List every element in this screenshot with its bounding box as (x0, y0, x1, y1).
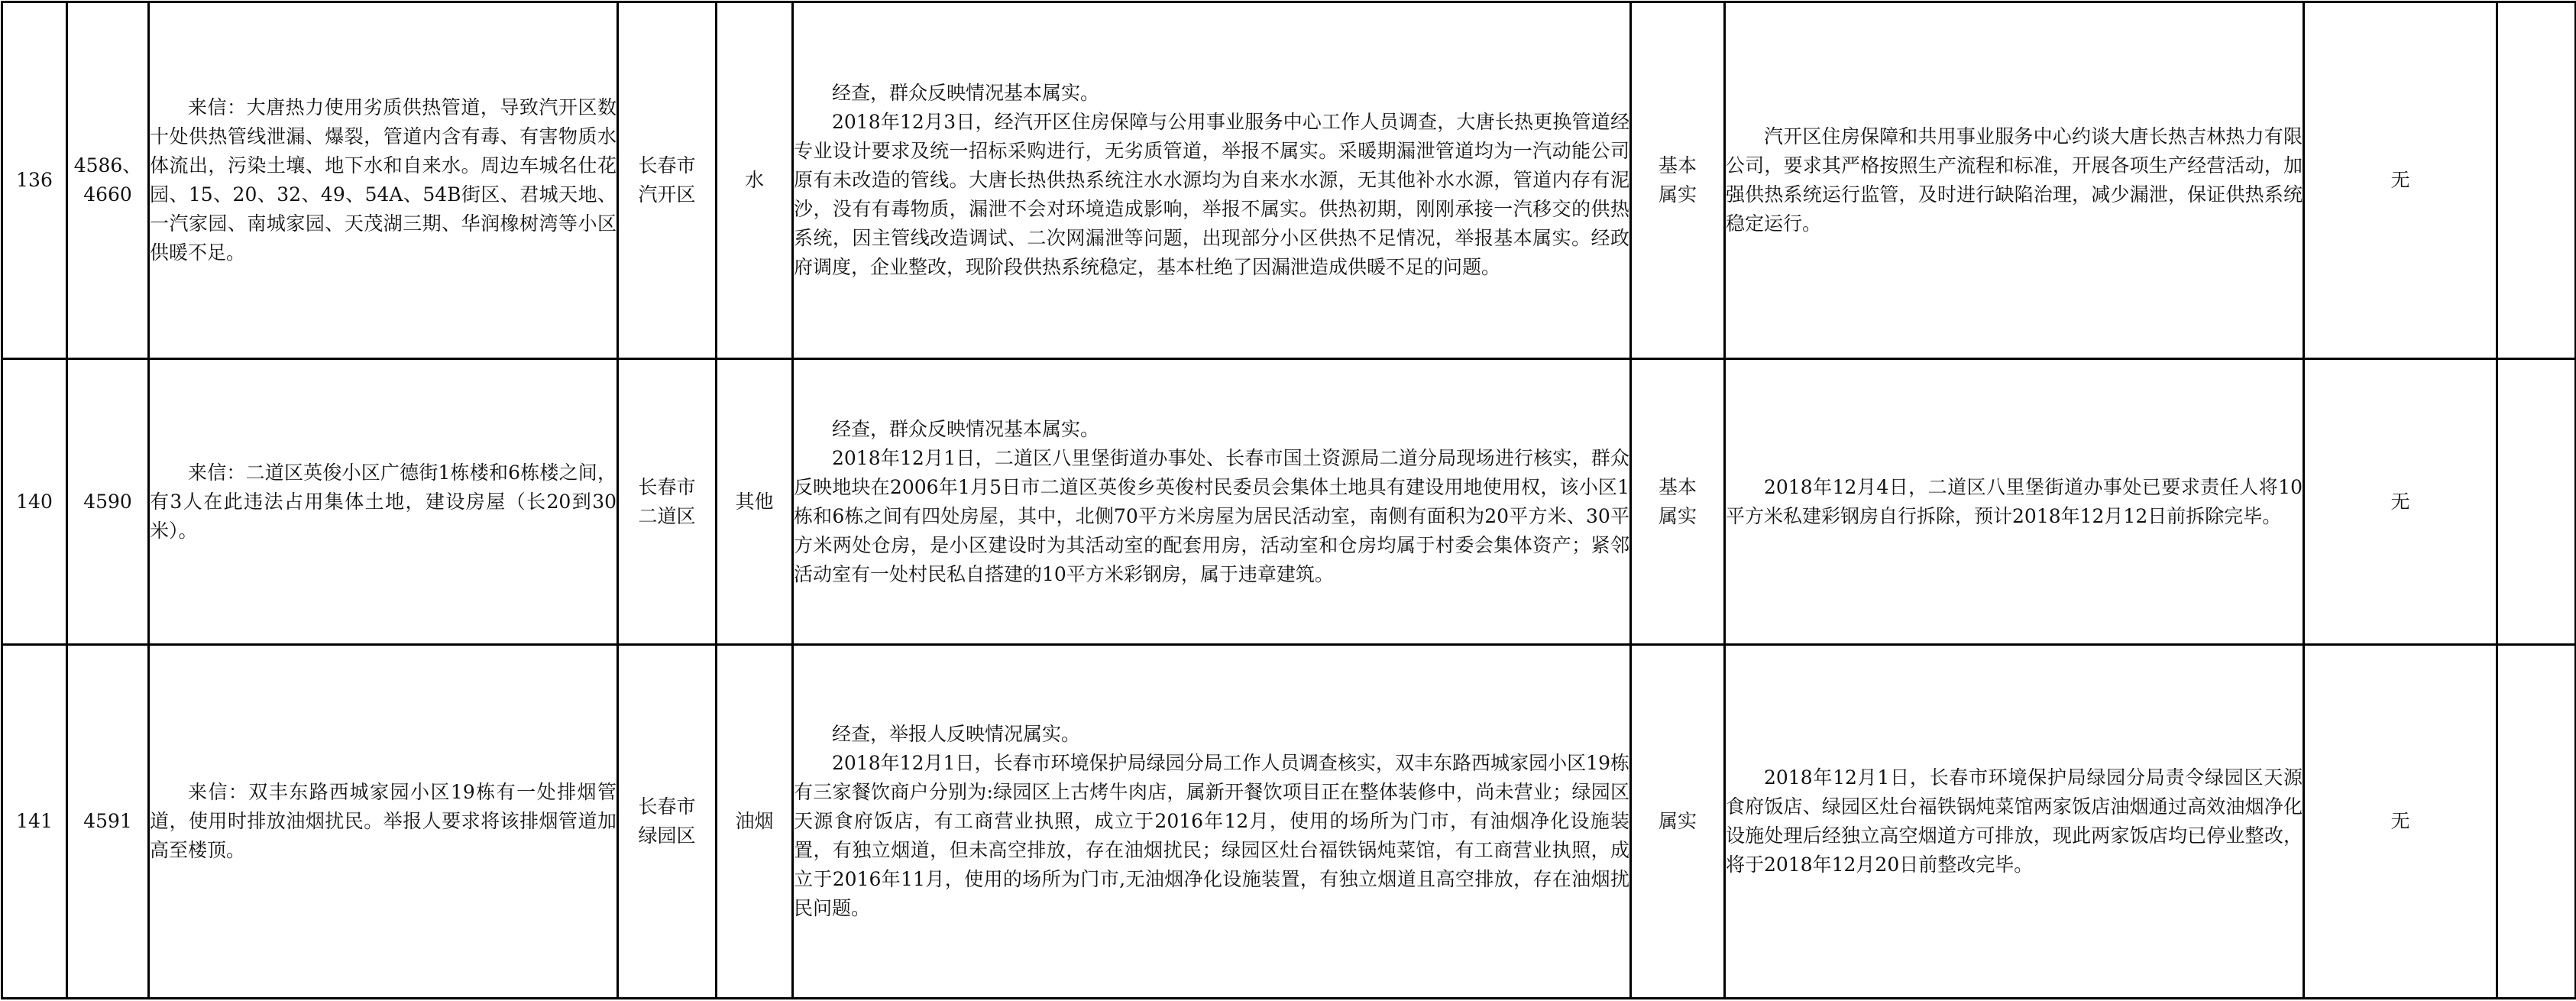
findings-cell: 经查，举报人反映情况属实。 2018年12月1日，长春市环境保护局绿园分局工作人… (793, 645, 1631, 999)
verdict-cell: 基本 属实 (1631, 359, 1725, 645)
verdict-cell: 基本 属实 (1631, 2, 1725, 359)
complaint-cell: 来信：二道区英俊小区广德街1栋楼和6栋楼之间，有3人在此违法占用集体土地，建设房… (149, 359, 618, 645)
table-row: 140 4590 来信：二道区英俊小区广德街1栋楼和6栋楼之间，有3人在此违法占… (2, 359, 2576, 645)
table-row: 141 4591 来信：双丰东路西城家园小区19栋有一处排烟管道，使用时排放油烟… (2, 645, 2576, 999)
complaint-text: 来信：大唐热力使用劣质供热管道，导致汽开区数十处供热管线泄漏、爆裂，管道内含有毒… (150, 93, 616, 267)
findings-summary: 经查，群众反映情况基本属实。 (794, 79, 1629, 108)
verdict-line-2: 属实 (1632, 502, 1723, 531)
district-city: 长春市 (619, 151, 715, 180)
complaint-cell: 来信：双丰东路西城家园小区19栋有一处排烟管道，使用时排放油烟扰民。举报人要求将… (149, 645, 618, 999)
accountability-cell: 无 (2304, 2, 2497, 359)
case-number-cell: 4586、4660 (67, 2, 149, 359)
table-row: 136 4586、4660 来信：大唐热力使用劣质供热管道，导致汽开区数十处供热… (2, 2, 2576, 359)
verdict-line-1: 基本 (1632, 151, 1723, 180)
district-cell: 长春市 二道区 (618, 359, 717, 645)
pollution-type-cell: 油烟 (717, 645, 793, 999)
pollution-type-cell: 水 (717, 2, 793, 359)
case-number-cell: 4590 (67, 359, 149, 645)
district-city: 长春市 (619, 792, 715, 821)
case-number: 4591 (68, 807, 147, 836)
district-name: 二道区 (619, 502, 715, 531)
handling-cell: 汽开区住房保障和共用事业服务中心约谈大唐长热吉林热力有限公司，要求其严格按照生产… (1725, 2, 2304, 359)
remarks-cell (2497, 645, 2576, 999)
seq-cell: 136 (2, 2, 67, 359)
handling-cell: 2018年12月1日，长春市环境保护局绿园分局责令绿园区天源食府饭店、绿园区灶台… (1725, 645, 2304, 999)
remarks-cell (2497, 359, 2576, 645)
complaint-text: 来信：二道区英俊小区广德街1栋楼和6栋楼之间，有3人在此违法占用集体土地，建设房… (150, 458, 616, 546)
findings-summary: 经查，群众反映情况基本属实。 (794, 415, 1629, 444)
complaint-report-table: 136 4586、4660 来信：大唐热力使用劣质供热管道，导致汽开区数十处供热… (1, 1, 2576, 999)
complaint-text: 来信：双丰东路西城家园小区19栋有一处排烟管道，使用时排放油烟扰民。举报人要求将… (150, 778, 616, 865)
seq-cell: 141 (2, 645, 67, 999)
accountability-cell: 无 (2304, 359, 2497, 645)
district-city: 长春市 (619, 473, 715, 502)
verdict-line-2: 属实 (1632, 180, 1723, 209)
pollution-type-cell: 其他 (717, 359, 793, 645)
findings-detail: 2018年12月1日，二道区八里堡街道办事处、长春市国土资源局二道分局现场进行核… (794, 444, 1629, 589)
district-name: 绿园区 (619, 821, 715, 850)
handling-cell: 2018年12月4日，二道区八里堡街道办事处已要求责任人将10平方米私建彩钢房自… (1725, 359, 2304, 645)
verdict-line-1: 属实 (1632, 807, 1723, 836)
accountability-cell: 无 (2304, 645, 2497, 999)
findings-detail: 2018年12月1日，长春市环境保护局绿园分局工作人员调查核实，双丰东路西城家园… (794, 749, 1629, 923)
case-number: 4590 (68, 488, 147, 517)
findings-cell: 经查，群众反映情况基本属实。 2018年12月3日，经汽开区住房保障与公用事业服… (793, 2, 1631, 359)
handling-text: 汽开区住房保障和共用事业服务中心约谈大唐长热吉林热力有限公司，要求其严格按照生产… (1726, 122, 2303, 238)
case-number-cell: 4591 (67, 645, 149, 999)
case-number: 4586、4660 (68, 151, 147, 209)
seq-cell: 140 (2, 359, 67, 645)
verdict-line-1: 基本 (1632, 473, 1723, 502)
handling-text: 2018年12月4日，二道区八里堡街道办事处已要求责任人将10平方米私建彩钢房自… (1726, 473, 2303, 531)
district-cell: 长春市 汽开区 (618, 2, 717, 359)
handling-text: 2018年12月1日，长春市环境保护局绿园分局责令绿园区天源食府饭店、绿园区灶台… (1726, 763, 2303, 880)
findings-summary: 经查，举报人反映情况属实。 (794, 720, 1629, 749)
remarks-cell (2497, 2, 2576, 359)
verdict-cell: 属实 (1631, 645, 1725, 999)
findings-cell: 经查，群众反映情况基本属实。 2018年12月1日，二道区八里堡街道办事处、长春… (793, 359, 1631, 645)
complaint-cell: 来信：大唐热力使用劣质供热管道，导致汽开区数十处供热管线泄漏、爆裂，管道内含有毒… (149, 2, 618, 359)
district-cell: 长春市 绿园区 (618, 645, 717, 999)
district-name: 汽开区 (619, 180, 715, 209)
findings-detail: 2018年12月3日，经汽开区住房保障与公用事业服务中心工作人员调查，大唐长热更… (794, 108, 1629, 282)
